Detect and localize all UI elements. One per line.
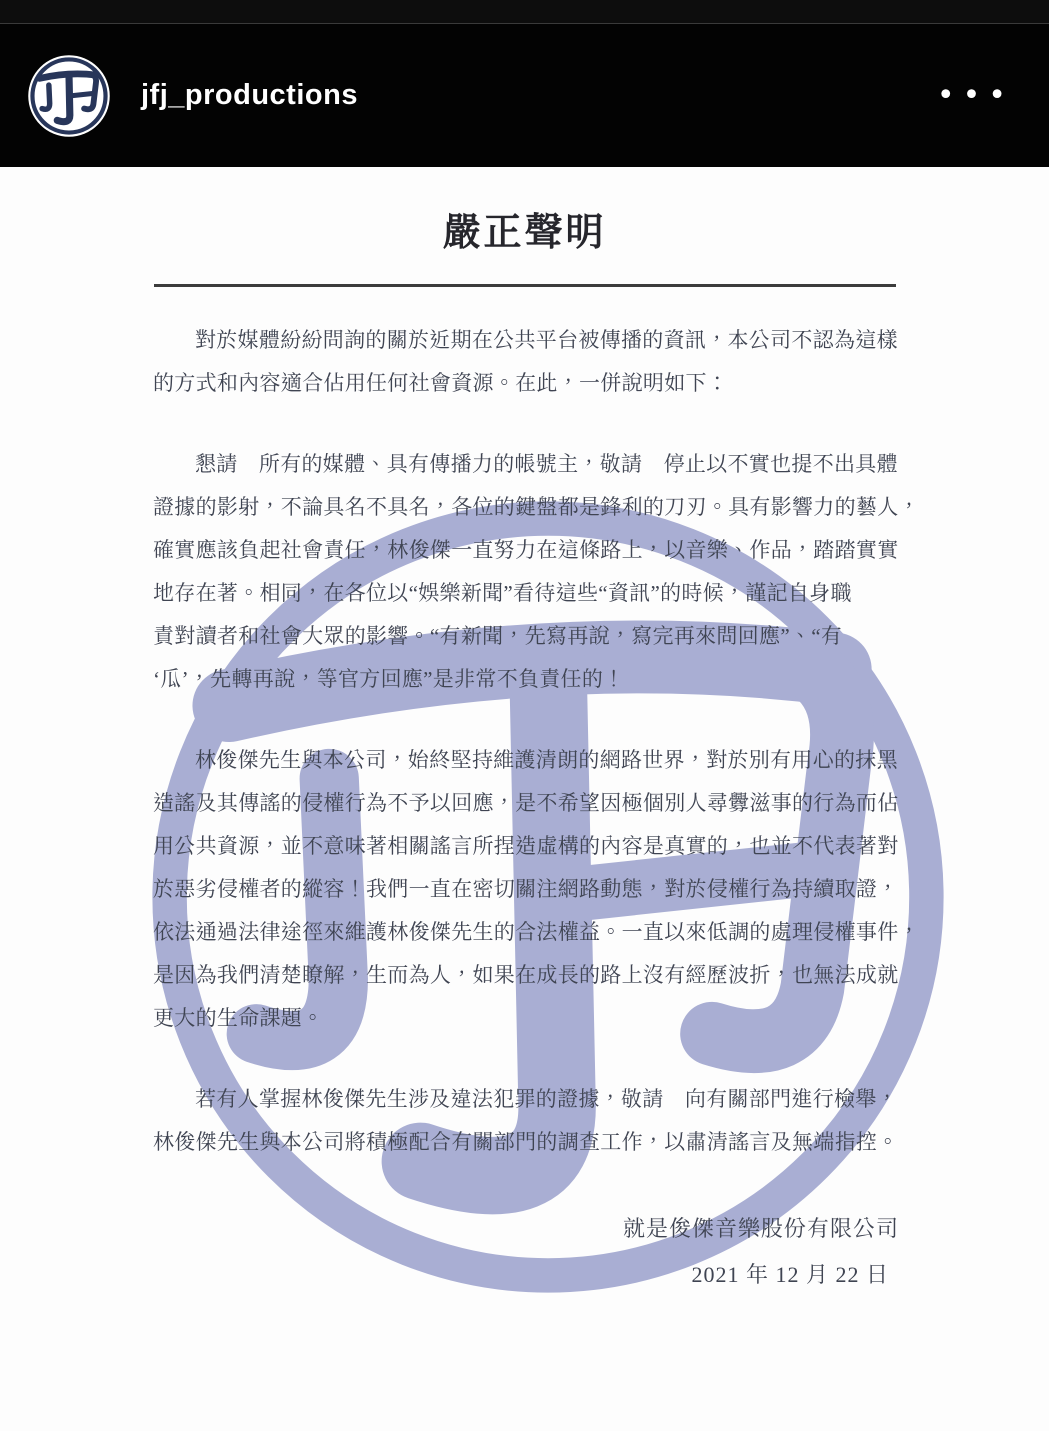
statement-date: 2021 年 12 月 22 日 bbox=[0, 1252, 1049, 1298]
statement-line: 確實應該負起社會責任，林俊傑一直努力在這條路上，以音樂、作品，踏踏實實 bbox=[153, 529, 905, 572]
statement-line: 是因為我們清楚瞭解，生而為人，如果在成長的路上沒有經歷波折，也無法成就 bbox=[153, 954, 905, 997]
statement-paragraph-2: 懇請 所有的媒體、具有傳播力的帳號主，敬請 停止以不實也提不出具體 證據的影射，… bbox=[153, 443, 905, 701]
statement-line: 造謠及其傳謠的侵權行為不予以回應，是不希望因極個別人尋釁滋事的行為而佔 bbox=[153, 782, 905, 825]
post-header: jfj_productions ••• bbox=[0, 24, 1049, 167]
statement-paragraph-1: 對於媒體紛紛問詢的關於近期在公共平台被傳播的資訊，本公司不認為這樣 的方式和內容… bbox=[153, 319, 905, 405]
statement-line: 依法通過法律途徑來維護林俊傑先生的合法權益。一直以來低調的處理侵權事件， bbox=[153, 911, 905, 954]
statement-line: ‘瓜’，先轉再說，等官方回應”是非常不負責任的！ bbox=[153, 658, 905, 701]
signature-company: 就是俊傑音樂股份有限公司 bbox=[0, 1206, 1049, 1252]
screenshot-root: jfj_productions ••• 嚴正聲明 對於媒體紛紛問詢的關於近期在公… bbox=[0, 0, 1049, 1431]
statement-line: 懇請 所有的媒體、具有傳播力的帳號主，敬請 停止以不實也提不出具體 bbox=[153, 443, 905, 486]
username[interactable]: jfj_productions bbox=[141, 79, 358, 112]
top-strip bbox=[0, 0, 1049, 24]
statement-line: 若有人掌握林俊傑先生涉及違法犯罪的證據，敬請 向有關部門進行檢舉， bbox=[153, 1078, 905, 1121]
statement-line: 用公共資源，並不意味著相關謠言所捏造虛構的內容是真實的，也並不代表著對 bbox=[153, 825, 905, 868]
statement-paragraph-3: 林俊傑先生與本公司，始終堅持維護清朗的網路世界，對於別有用心的抹黑 造謠及其傳謠… bbox=[153, 739, 905, 1040]
statement-line: 責對讀者和社會大眾的影響。“有新聞，先寫再說，寫完再來問回應”、“有 bbox=[153, 615, 905, 658]
statement-paragraph-4: 若有人掌握林俊傑先生涉及違法犯罪的證據，敬請 向有關部門進行檢舉， 林俊傑先生與… bbox=[153, 1078, 905, 1164]
statement-line: 對於媒體紛紛問詢的關於近期在公共平台被傳播的資訊，本公司不認為這樣 bbox=[153, 319, 905, 362]
more-options-icon[interactable]: ••• bbox=[937, 81, 1014, 111]
signature-block: 就是俊傑音樂股份有限公司 2021 年 12 月 22 日 bbox=[0, 1206, 1049, 1298]
statement-line: 林俊傑先生與本公司將積極配合有關部門的調查工作，以肅清謠言及無端指控。 bbox=[153, 1121, 905, 1164]
statement-line: 地存在著。相同，在各位以“娛樂新聞”看待這些“資訊”的時候，謹記自身職 bbox=[153, 572, 905, 615]
statement-line: 於惡劣侵權者的縱容！我們一直在密切關注網路動態，對於侵權行為持續取證， bbox=[153, 868, 905, 911]
statement-title: 嚴正聲明 bbox=[0, 167, 1049, 255]
statement-document: 嚴正聲明 對於媒體紛紛問詢的關於近期在公共平台被傳播的資訊，本公司不認為這樣 的… bbox=[0, 167, 1049, 1431]
statement-line: 的方式和內容適合佔用任何社會資源。在此，一併說明如下： bbox=[153, 362, 905, 405]
statement-line: 更大的生命課題。 bbox=[153, 997, 905, 1040]
jfj-logo-icon bbox=[27, 54, 111, 138]
statement-line: 證據的影射，不論具名不具名，各位的鍵盤都是鋒利的刀刃。具有影響力的藝人， bbox=[153, 486, 905, 529]
statement-line: 林俊傑先生與本公司，始終堅持維護清朗的網路世界，對於別有用心的抹黑 bbox=[153, 739, 905, 782]
statement-content: 嚴正聲明 對於媒體紛紛問詢的關於近期在公共平台被傳播的資訊，本公司不認為這樣 的… bbox=[0, 167, 1049, 1298]
title-divider bbox=[154, 284, 896, 287]
profile-avatar[interactable] bbox=[27, 54, 111, 138]
